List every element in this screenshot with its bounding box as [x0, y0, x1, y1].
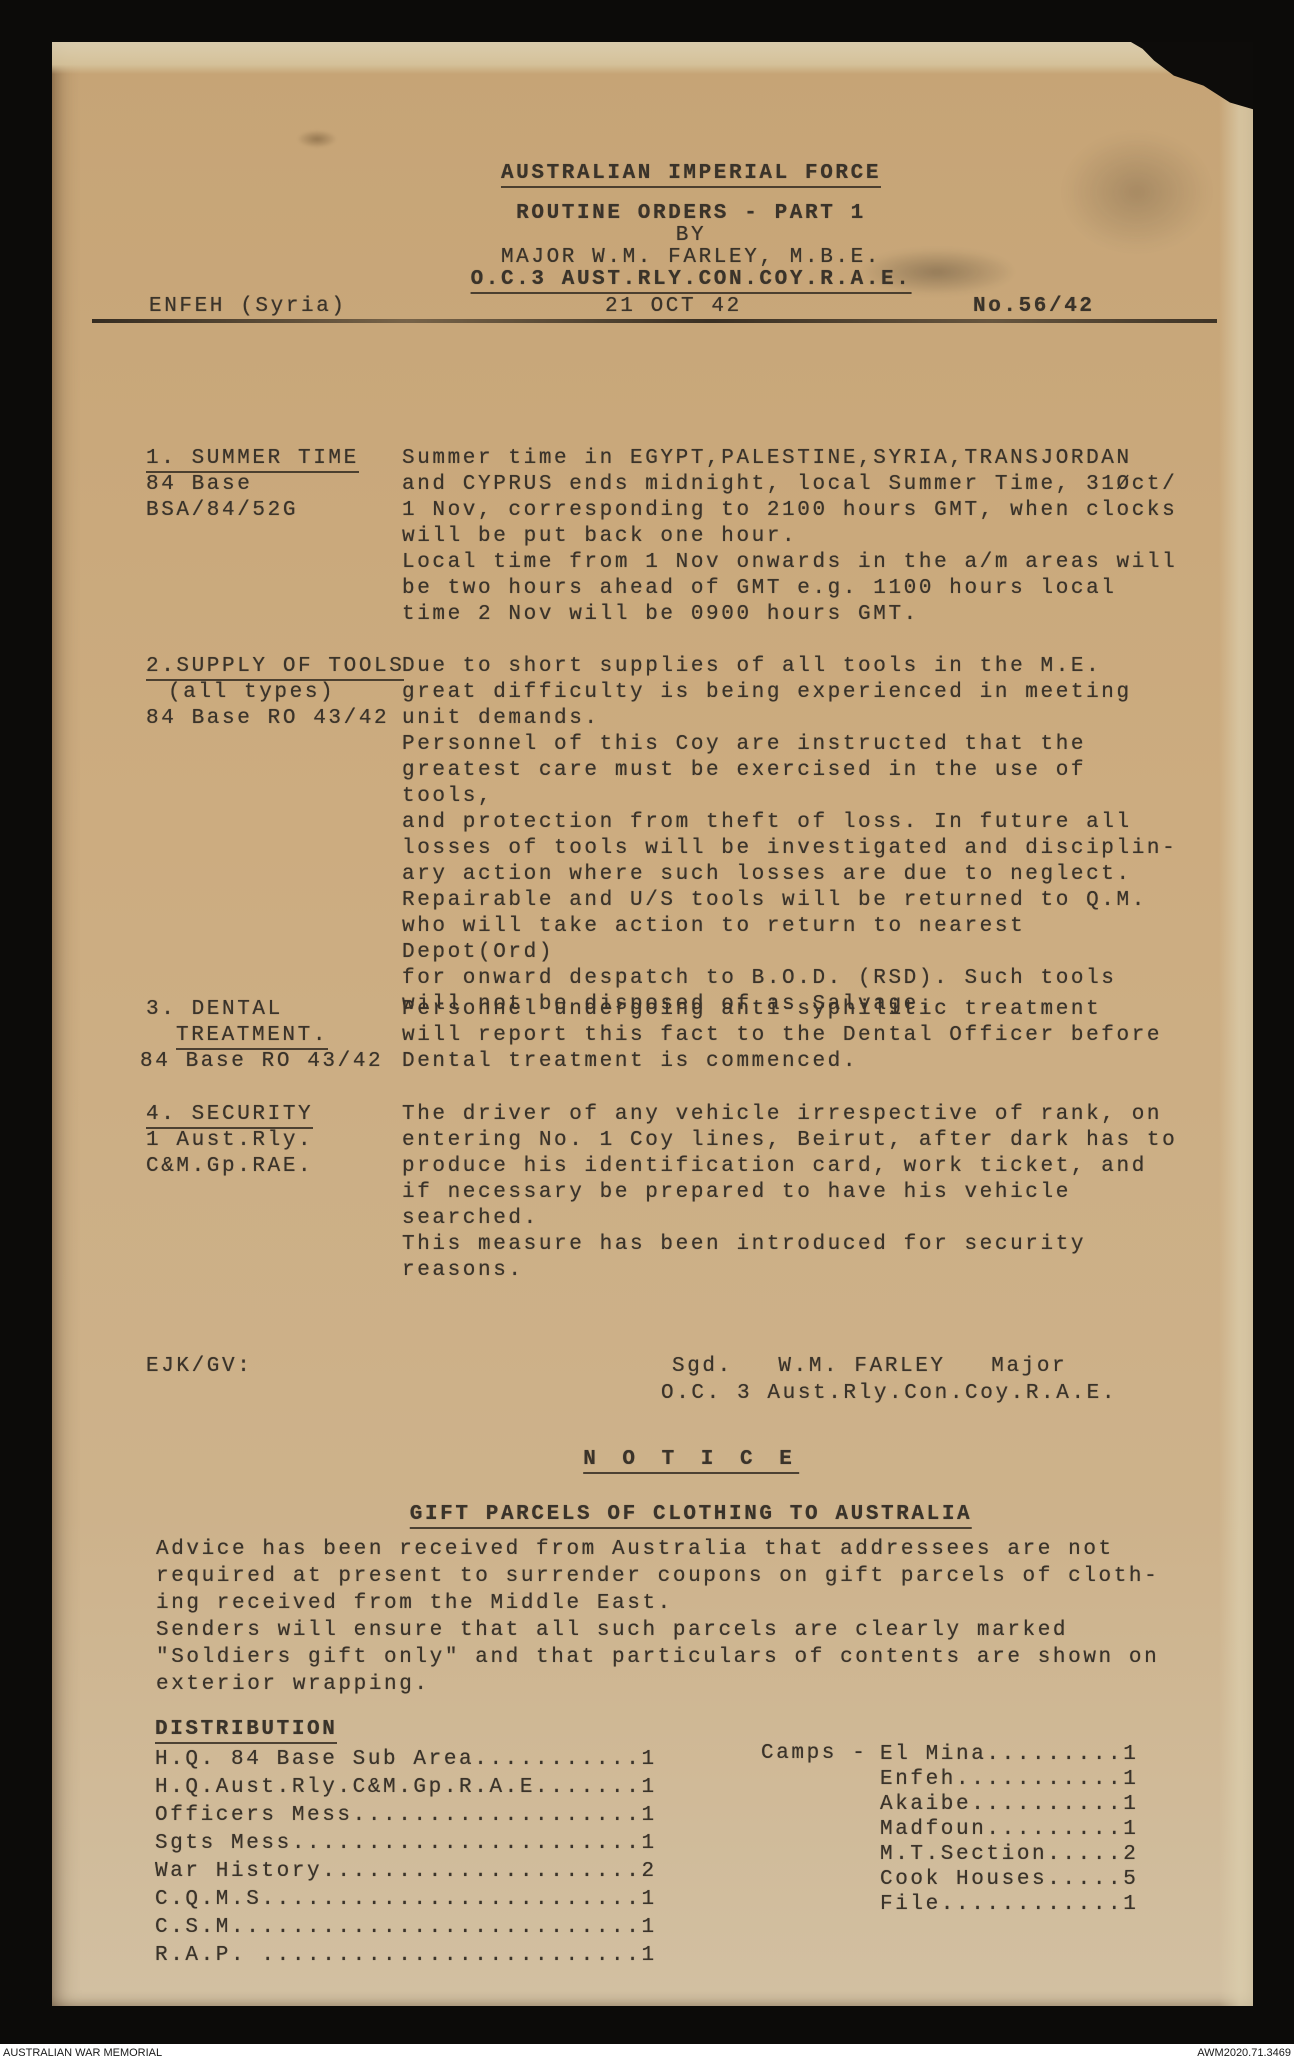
order-2-heading: 2.SUPPLY OF TOOLS: [146, 655, 404, 681]
unit-line: O.C.3 AUST.RLY.CON.COY.R.A.E.: [471, 268, 912, 294]
archive-name: AUSTRALIAN WAR MEMORIAL: [3, 2047, 162, 2059]
order-4-ref: 4. SECURITY 1 Aust.Rly. C&M.Gp.RAE.: [146, 1102, 313, 1180]
paper-flaw: [297, 130, 337, 148]
paper-top-edge: [52, 42, 1253, 74]
signature-unit-line: O.C. 3 Aust.Rly.Con.Coy.R.A.E.: [661, 1382, 1117, 1405]
distribution-camps-list: El Mina.........1 Enfeh...........1 Akai…: [880, 1742, 1138, 1917]
scan-background: AUSTRALIAN IMPERIAL FORCE ROUTINE ORDERS…: [0, 0, 1294, 2061]
notice-body: Advice has been received from Australia …: [156, 1536, 1166, 1698]
order-1-body: Summer time in EGYPT,PALESTINE,SYRIA,TRA…: [402, 446, 1192, 628]
notice-title: N O T I C E: [583, 1448, 799, 1474]
distribution-left-list: H.Q. 84 Base Sub Area...........1 H.Q.Au…: [155, 1746, 657, 1970]
org-title: AUSTRALIAN IMPERIAL FORCE: [501, 162, 881, 188]
archive-id: AWM2020.71.3469: [1197, 2047, 1291, 2059]
camp-item: Cook Houses.....5: [880, 1867, 1138, 1892]
order-3-ref: 3. DENTAL TREATMENT. 84 Base RO 43/42: [146, 997, 383, 1075]
header-rule: [92, 319, 1217, 323]
order-number: No.56/42: [973, 295, 1095, 318]
by-label: BY: [471, 225, 912, 247]
camps-label: Camps -: [761, 1742, 867, 1765]
order-4-body: The driver of any vehicle irrespective o…: [402, 1102, 1192, 1284]
order-2-ref: 2.SUPPLY OF TOOLS (all types) 84 Base RO…: [146, 654, 404, 732]
notice-subtitle: GIFT PARCELS OF CLOTHING TO AUSTRALIA: [410, 1503, 972, 1529]
order-3-body: Personnel undergoing anti-syphilitic tre…: [402, 997, 1192, 1075]
document-page: AUSTRALIAN IMPERIAL FORCE ROUTINE ORDERS…: [52, 42, 1253, 2006]
order-1-ref: 1. SUMMER TIME 84 Base BSA/84/52G: [146, 446, 359, 524]
distribution-item: War History.....................2: [155, 1858, 657, 1886]
distribution-item: C.S.M...........................1: [155, 1914, 657, 1942]
distribution-item: Officers Mess...................1: [155, 1802, 657, 1830]
distribution-item: H.Q. 84 Base Sub Area...........1: [155, 1746, 657, 1774]
signed-line: Sgd. W.M. FARLEY Major: [672, 1355, 1067, 1378]
camp-item: Akaibe..........1: [880, 1792, 1138, 1817]
paper-right-edge: [1219, 42, 1253, 2006]
camp-item: File............1: [880, 1892, 1138, 1917]
camp-item: El Mina.........1: [880, 1742, 1138, 1767]
order-2-body: Due to short supplies of all tools in th…: [402, 654, 1192, 1018]
document-header: AUSTRALIAN IMPERIAL FORCE: [501, 163, 881, 185]
routine-orders-title: ROUTINE ORDERS - PART 1 BY MAJOR W.M. FA…: [471, 203, 912, 291]
distribution-item: H.Q.Aust.Rly.C&M.Gp.R.A.E.......1: [155, 1774, 657, 1802]
distribution-item: Sgts Mess.......................1: [155, 1830, 657, 1858]
order-4-heading: 4. SECURITY: [146, 1103, 313, 1129]
camp-item: Madfoun.........1: [880, 1817, 1138, 1842]
order-1-heading: 1. SUMMER TIME: [146, 447, 359, 473]
distribution-heading-wrap: DISTRIBUTION: [155, 1718, 337, 1741]
location: ENFEH (Syria): [149, 295, 347, 318]
typist-initials: EJK/GV:: [146, 1355, 252, 1378]
camp-item: Enfeh...........1: [880, 1767, 1138, 1792]
notice-subtitle-wrap: GIFT PARCELS OF CLOTHING TO AUSTRALIA: [410, 1503, 972, 1526]
notice-section: N O T I C E: [583, 1448, 799, 1471]
order-date: 21 OCT 42: [605, 295, 742, 318]
ink-smudge: [1062, 132, 1212, 252]
archive-footer: AUSTRALIAN WAR MEMORIAL AWM2020.71.3469: [0, 2044, 1294, 2061]
camp-item: M.T.Section.....2: [880, 1842, 1138, 1867]
order-3-heading: 3. DENTAL: [146, 997, 383, 1023]
distribution-heading: DISTRIBUTION: [155, 1718, 337, 1744]
author-line: MAJOR W.M. FARLEY, M.B.E.: [471, 247, 912, 269]
distribution-item: C.Q.M.S.........................1: [155, 1886, 657, 1914]
distribution-item: R.A.P. .........................1: [155, 1942, 657, 1970]
